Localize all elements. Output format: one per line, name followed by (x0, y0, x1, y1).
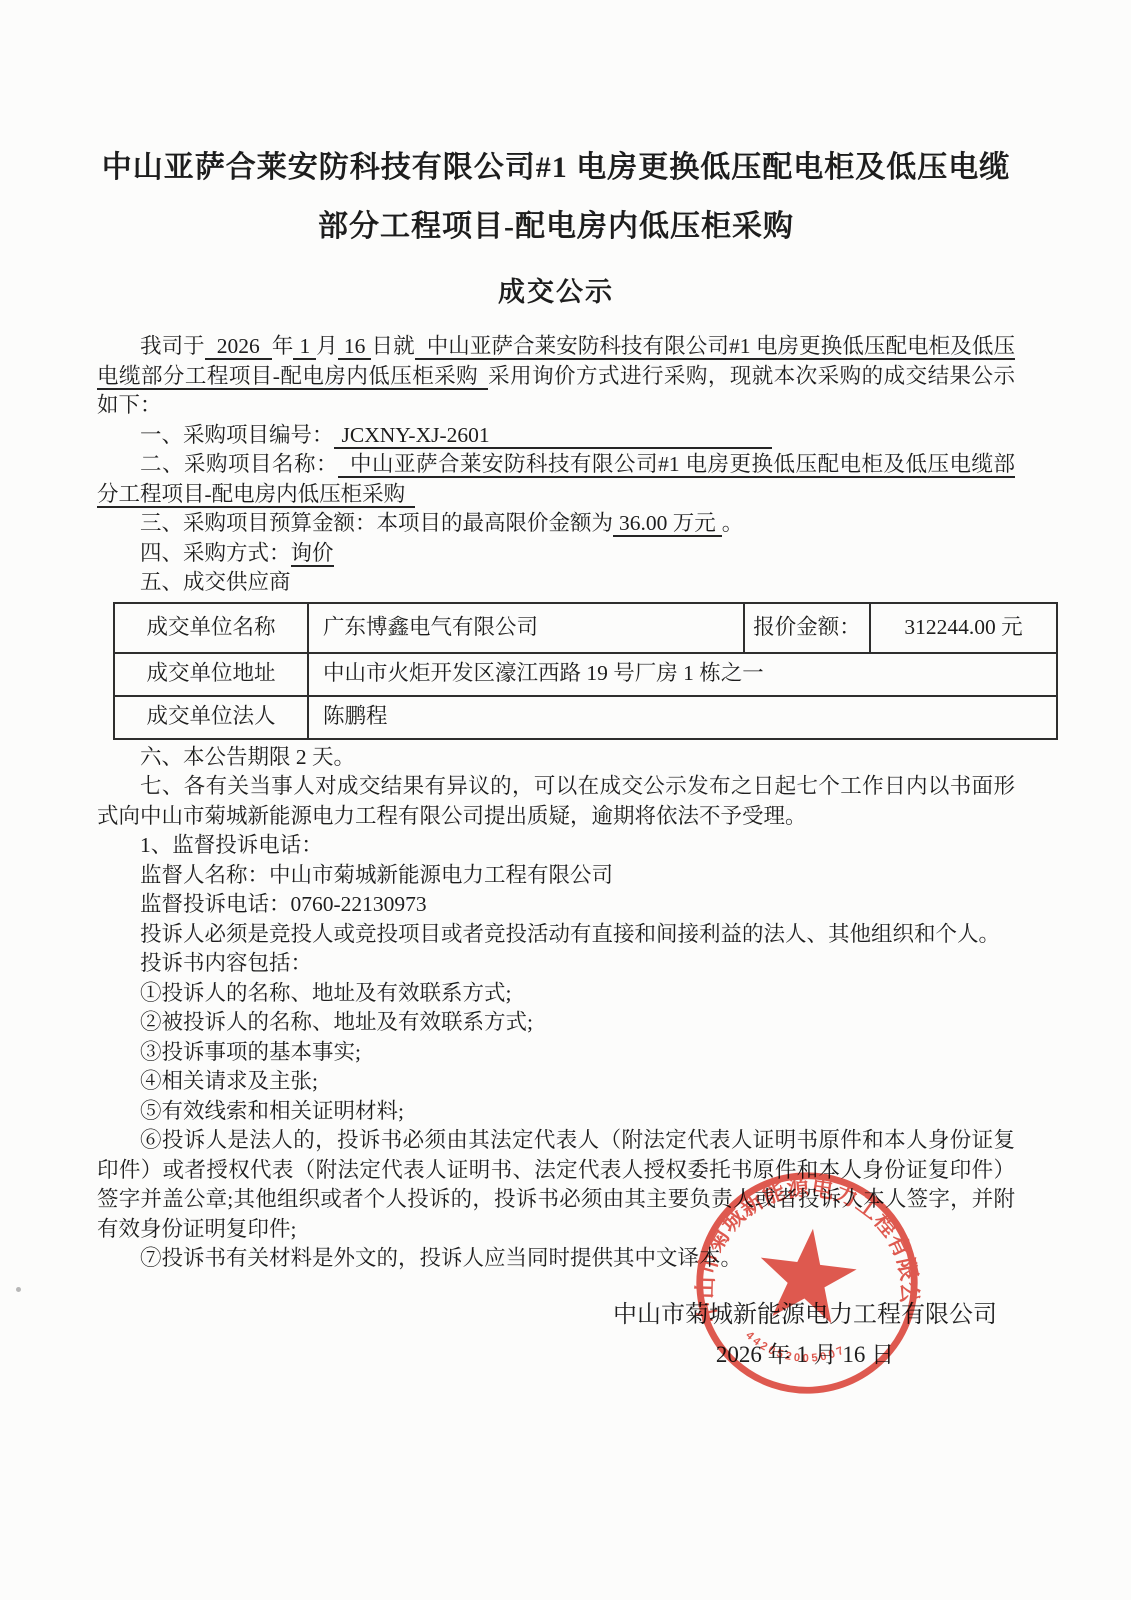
item-notice-period: 六、本公告期限 2 天。 (97, 743, 1015, 773)
signature-company: 中山市菊城新能源电力工程有限公司 (565, 1300, 1045, 1330)
supplier-legal-value: 陈鹏程 (308, 696, 1057, 739)
document-body: 我司于2026年1月16日就中山亚萨合莱安防科技有限公司#1 电房更换低压配电柜… (97, 332, 1015, 1274)
complaint-point-3: ③投诉事项的基本事实; (97, 1038, 1015, 1068)
signature-date: 2026 年 1 月 16 日 (565, 1340, 1045, 1370)
supervisor-name: 监督人名称：中山市菊城新能源电力工程有限公司 (97, 861, 1015, 891)
complaint-eligibility: 投诉人必须是竞投人或竞投项目或者竞投活动有直接和间接利益的法人、其他组织和个人。 (97, 920, 1015, 950)
item3-value: 36.00 万元 (613, 511, 722, 537)
complaint-content-header: 投诉书内容包括： (97, 949, 1015, 979)
table-row: 成交单位名称 广东博鑫电气有限公司 报价金额： 312244.00 元 (114, 603, 1057, 653)
supplier-name-label: 成交单位名称 (114, 603, 308, 653)
item-project-number: 一、采购项目编号：JCXNY-XJ-2601 (97, 421, 1015, 451)
supplier-table: 成交单位名称 广东博鑫电气有限公司 报价金额： 312244.00 元 成交单位… (113, 602, 1058, 740)
intro-prefix: 我司于 (140, 334, 205, 358)
item-supplier-header: 五、成交供应商 (97, 568, 1015, 598)
complaint-point-4: ④相关请求及主张; (97, 1067, 1015, 1097)
document-content: 中山亚萨合莱安防科技有限公司#1 电房更换低压配电柜及低压电缆部分工程项目-配电… (97, 138, 1015, 1274)
price-label: 报价金额： (744, 603, 870, 653)
signature-block: 中山市菊城新能源电力工程有限公司 2026 年 1 月 16 日 (565, 1300, 1045, 1370)
supervisor-phone: 监督投诉电话：0760-22130973 (97, 890, 1015, 920)
supplier-address-label: 成交单位地址 (114, 653, 308, 696)
intro-month: 1 (293, 334, 316, 360)
complaint-point-1: ①投诉人的名称、地址及有效联系方式; (97, 979, 1015, 1009)
supplier-name-value: 广东博鑫电气有限公司 (308, 603, 744, 653)
item2-label: 二、采购项目名称： (140, 452, 338, 476)
price-value: 312244.00 元 (870, 603, 1057, 653)
item-method: 四、采购方式：询价 (97, 539, 1015, 569)
complaint-point-7: ⑦投诉书有关材料是外文的，投诉人应当同时提供其中文译本。 (97, 1244, 1015, 1274)
item-objection: 七、各有关当事人对成交结果有异议的，可以在成交公示发布之日起七个工作日内以书面形… (97, 772, 1015, 831)
item4-value: 询价 (291, 541, 334, 567)
item1-label: 一、采购项目编号： (140, 423, 334, 447)
table-row: 成交单位地址 中山市火炬开发区濠江西路 19 号厂房 1 栋之一 (114, 653, 1057, 696)
intro-day: 16 (338, 334, 372, 360)
document-page: 中山亚萨合莱安防科技有限公司#1 电房更换低压配电柜及低压电缆部分工程项目-配电… (0, 0, 1131, 1600)
intro-paragraph: 我司于2026年1月16日就中山亚萨合莱安防科技有限公司#1 电房更换低压配电柜… (97, 332, 1015, 421)
page-subtitle: 成交公示 (97, 270, 1015, 314)
complaint-point-2: ②被投诉人的名称、地址及有效联系方式; (97, 1008, 1015, 1038)
table-row: 成交单位法人 陈鹏程 (114, 696, 1057, 739)
scan-speck (16, 1287, 21, 1292)
complaint-sub1: 1、监督投诉电话： (97, 831, 1015, 861)
item-project-name: 二、采购项目名称：中山亚萨合莱安防科技有限公司#1 电房更换低压配电柜及低压电缆… (97, 450, 1015, 509)
intro-year: 2026 (205, 334, 272, 360)
supplier-address-value: 中山市火炬开发区濠江西路 19 号厂房 1 栋之一 (308, 653, 1057, 696)
item-budget: 三、采购项目预算金额：本项目的最高限价金额为36.00 万元。 (97, 509, 1015, 539)
item3-label: 三、采购项目预算金额：本项目的最高限价金额为 (140, 511, 613, 535)
intro-year-unit: 年 (272, 334, 294, 358)
intro-month-unit: 月 (316, 334, 338, 358)
item4-label: 四、采购方式： (140, 541, 291, 565)
intro-day-unit: 日就 (371, 334, 414, 358)
item1-value: JCXNY-XJ-2601 (334, 423, 772, 449)
complaint-point-6: ⑥投诉人是法人的，投诉书必须由其法定代表人（附法定代表人证明书原件和本人身份证复… (97, 1126, 1015, 1244)
supplier-legal-label: 成交单位法人 (114, 696, 308, 739)
page-title: 中山亚萨合莱安防科技有限公司#1 电房更换低压配电柜及低压电缆部分工程项目-配电… (97, 138, 1015, 256)
item3-suffix: 。 (722, 511, 744, 535)
complaint-point-5: ⑤有效线索和相关证明材料; (97, 1097, 1015, 1127)
